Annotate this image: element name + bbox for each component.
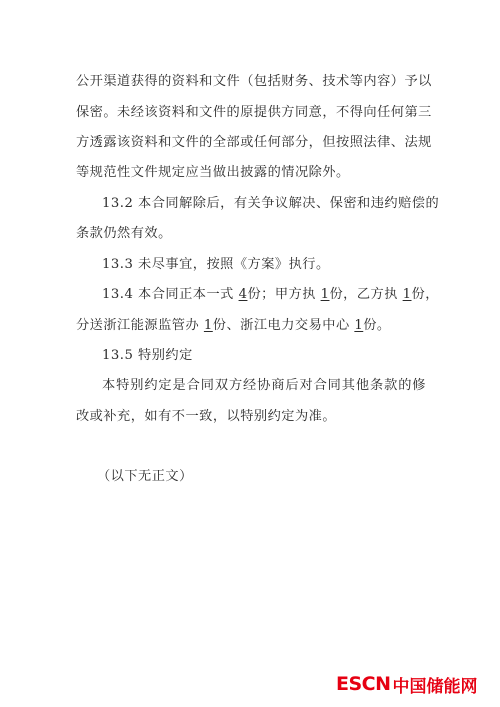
clause-13-5-line-2: 改或补充，如有不一致，以特别约定为准。 [76,408,426,426]
clause-13-4-text: 份， [412,287,439,302]
copies-regulator: 1 [204,318,213,333]
paragraph-line-confidentiality-3: 方透露该资料和文件的全部或任何部分，但按照法律、法规 [76,134,426,152]
paragraph-line-confidentiality-2: 保密。未经该资料和文件的原提供方同意，不得向任何第三 [76,104,426,122]
clause-13-5-heading: 13.5 特别约定 [102,347,426,365]
clause-13-4-text: 份、浙江电力交易中心 [213,318,355,333]
clause-13-4-line-1: 13.4 本合同正本一式 4份；甲方执 1份，乙方执 1份， [102,286,426,304]
clause-13-4-text: 13.4 本合同正本一式 [102,287,239,302]
clause-13-2-line-1: 13.2 本合同解除后，有关争议解决、保密和违约赔偿的 [102,195,426,213]
clause-13-5-line-1: 本特别约定是合同双方经协商后对合同其他条款的修 [102,377,426,395]
clause-13-2-line-2: 条款仍然有效。 [76,225,426,243]
logo-chinese: 中国储能网 [393,672,478,697]
clause-13-4-text: 份。 [363,318,390,333]
document-page: 公开渠道获得的资料和文件（包括财务、技术等内容）予以 保密。未经该资料和文件的原… [0,0,500,707]
clause-13-4-text: 份；甲方执 [247,287,320,302]
end-of-text-note: （以下无正文） [97,468,447,486]
clause-13-4-line-2: 分送浙江能源监管办 1份、浙江电力交易中心 1份。 [76,317,426,335]
copies-party-b: 1 [403,287,412,302]
escn-watermark-logo: ESCN 中国储能网 [336,672,478,696]
clause-13-4-text: 份，乙方执 [329,287,402,302]
paragraph-line-confidentiality-4: 等规范性文件规定应当做出披露的情况除外。 [76,164,426,182]
clause-13-4-text: 分送浙江能源监管办 [76,318,204,333]
clause-13-3: 13.3 未尽事宜，按照《方案》执行。 [102,256,426,274]
paragraph-line-confidentiality-1: 公开渠道获得的资料和文件（包括财务、技术等内容）予以 [76,73,426,91]
logo-latin: ESCN [336,673,391,695]
copies-trading-center: 1 [354,318,363,333]
